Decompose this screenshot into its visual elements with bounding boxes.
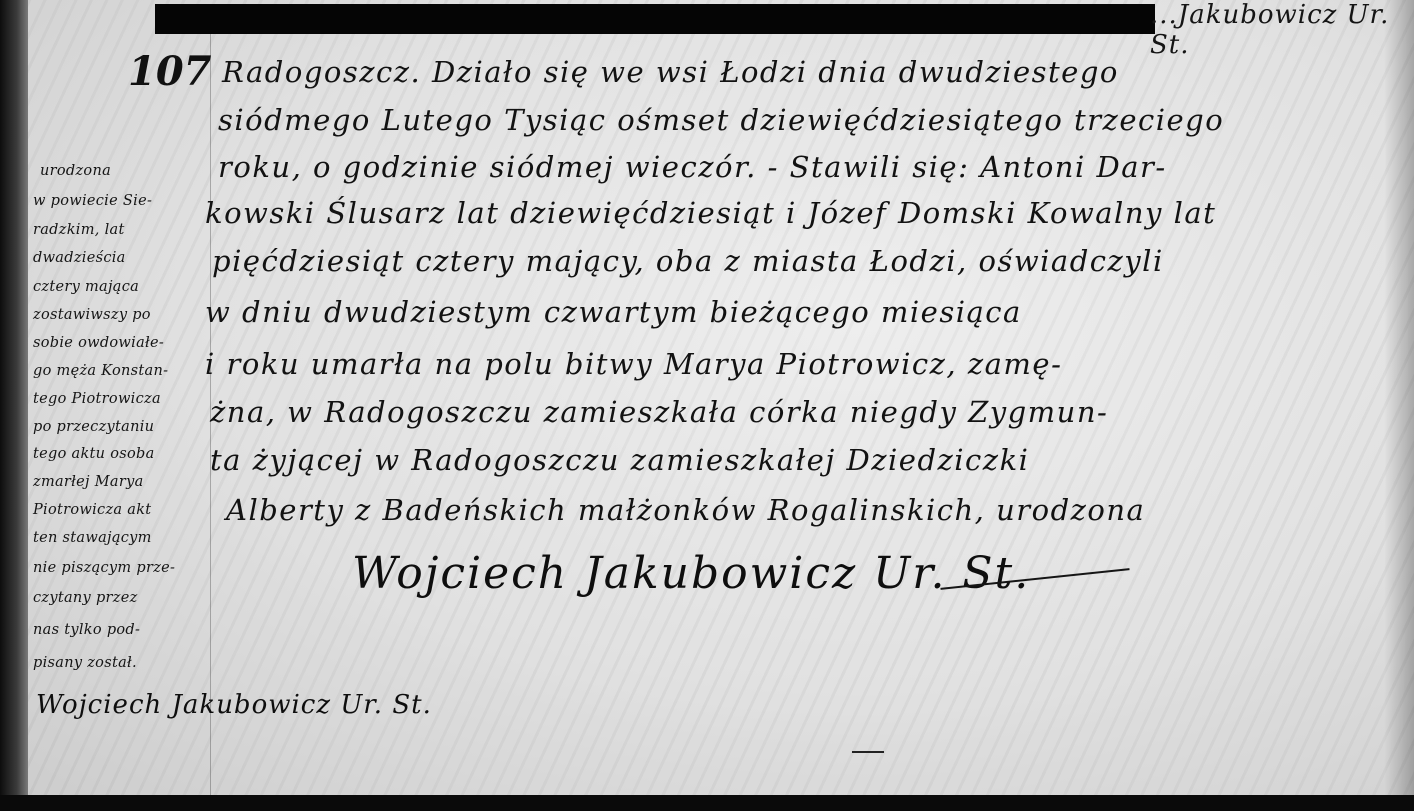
margin-note-line: urodzona	[40, 163, 111, 179]
margin-registrar-signature: Wojciech Jakubowicz Ur. St.	[36, 690, 432, 720]
entry-number: 107	[128, 48, 212, 95]
scan-left-edge	[0, 0, 28, 811]
scan-bottom-edge	[0, 795, 1414, 811]
text-line-6: w dniu dwudziestym czwartym bieżącego mi…	[205, 295, 1022, 329]
bottom-dash-mark	[852, 751, 884, 753]
text-line-8: żna, w Radogoszczu zamieszkała córka nie…	[210, 395, 1108, 429]
previous-entry-signature-fragment: ...Jakubowicz Ur. St.	[1150, 0, 1414, 60]
margin-note-line: czytany przez	[33, 590, 138, 606]
margin-note-line: tego aktu osoba	[33, 446, 155, 462]
text-line-9: ta żyjącej w Radogoszczu zamieszkałej Dz…	[210, 443, 1029, 477]
text-line-2: siódmego Lutego Tysiąc ośmset dziewięćdz…	[218, 103, 1224, 137]
margin-note-line: sobie owdowiałe-	[33, 335, 164, 351]
margin-note-line: pisany został.	[33, 655, 137, 671]
margin-note-line: nie piszącym prze-	[33, 560, 175, 576]
margin-note-line: zostawiwszy po	[33, 307, 151, 323]
margin-note-line: nas tylko pod-	[33, 622, 140, 638]
text-line-10: Alberty z Badeńskich małżonków Rogalinsk…	[226, 493, 1145, 527]
margin-note-line: radzkim, lat	[33, 222, 125, 238]
scan-right-shadow	[1384, 0, 1414, 795]
text-line-7: i roku umarła na polu bitwy Marya Piotro…	[205, 347, 1062, 381]
margin-note-line: w powiecie Sie-	[33, 193, 152, 209]
margin-note-line: go męża Konstan-	[33, 363, 168, 379]
margin-note-line: zmarłej Marya	[33, 474, 144, 490]
text-line-4: kowski Ślusarz lat dziewięćdziesiąt i Jó…	[205, 196, 1216, 230]
registrar-signature: Wojciech Jakubowicz Ur. St.	[352, 548, 1030, 599]
text-line-1: Radogoszcz. Działo się we wsi Łodzi dnia…	[222, 55, 1119, 89]
redaction-bar	[155, 4, 1155, 34]
text-line-5: pięćdziesiąt cztery mający, oba z miasta…	[212, 244, 1164, 278]
margin-note-line: Piotrowicza akt	[33, 502, 151, 518]
margin-note-line: po przeczytaniu	[33, 419, 154, 435]
margin-note-line: tego Piotrowicza	[33, 391, 161, 407]
margin-note-line: dwadzieścia	[33, 250, 126, 266]
margin-note-line: cztery mająca	[33, 279, 139, 295]
text-line-3: roku, o godzinie siódmej wieczór. - Staw…	[218, 150, 1167, 184]
margin-note-line: ten stawającym	[33, 530, 152, 546]
